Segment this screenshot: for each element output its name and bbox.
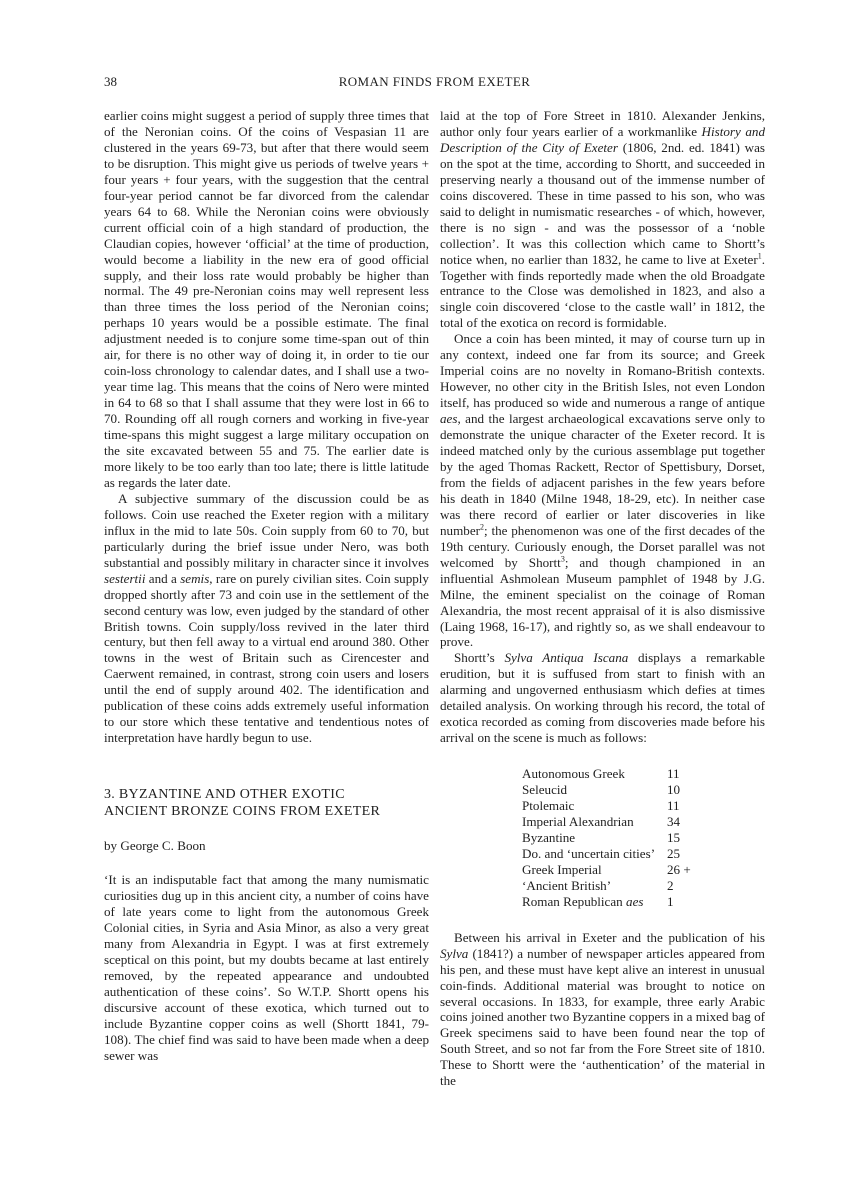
section-heading: 3. BYZANTINE AND OTHER EXOTICANCIENT BRO…	[104, 786, 429, 820]
coin-category: Seleucid	[522, 782, 667, 798]
coin-count: 34	[667, 814, 691, 830]
coin-category: Autonomous Greek	[522, 766, 667, 782]
coin-count-table: Autonomous Greek11 Seleucid10 Ptolemaic1…	[522, 766, 691, 910]
left-column: earlier coins might suggest a period of …	[104, 108, 429, 1064]
table-row: Ptolemaic11	[522, 798, 691, 814]
running-title: ROMAN FINDS FROM EXETER	[104, 74, 765, 90]
text-run: Roman Republican	[522, 894, 626, 909]
text-run: A subjective summary of the discussion c…	[104, 491, 429, 570]
coin-category: Roman Republican aes	[522, 894, 667, 910]
text-run: , rare on purely civilian sites. Coin su…	[104, 571, 429, 746]
book-title: Sylva Antiqua Iscana	[504, 650, 628, 665]
section-heading-line: ANCIENT BRONZE COINS FROM EXETER	[104, 804, 380, 819]
paragraph: A subjective summary of the discussion c…	[104, 491, 429, 746]
coin-count: 11	[667, 798, 691, 814]
coin-category: Ptolemaic	[522, 798, 667, 814]
italic-term: aes	[626, 894, 643, 909]
text-run: and a	[145, 571, 180, 586]
table-row: Seleucid10	[522, 782, 691, 798]
book-title: Sylva	[440, 946, 468, 961]
text-run: , and the largest archaeological excavat…	[440, 411, 765, 538]
paragraph: laid at the top of Fore Street in 1810. …	[440, 108, 765, 331]
coin-count: 11	[667, 766, 691, 782]
coin-count: 25	[667, 846, 691, 862]
coin-count: 15	[667, 830, 691, 846]
table-row: Do. and ‘uncertain cities’25	[522, 846, 691, 862]
paragraph: ‘It is an indisputable fact that among t…	[104, 872, 429, 1063]
coin-category: ‘Ancient British’	[522, 878, 667, 894]
paragraph: Shortt’s Sylva Antiqua Iscana displays a…	[440, 650, 765, 746]
coin-category: Imperial Alexandrian	[522, 814, 667, 830]
coin-count: 1	[667, 894, 691, 910]
table-row: Greek Imperial26 +	[522, 862, 691, 878]
paragraph: earlier coins might suggest a period of …	[104, 108, 429, 491]
text-run: (1841?) a number of newspaper articles a…	[440, 946, 765, 1089]
italic-term: semis	[180, 571, 209, 586]
text-run: Shortt’s	[454, 650, 504, 665]
table-row: Autonomous Greek11	[522, 766, 691, 782]
text-run: (1806, 2nd. ed. 1841) was on the spot at…	[440, 140, 765, 267]
paragraph: Between his arrival in Exeter and the pu…	[440, 930, 765, 1090]
italic-term: sestertii	[104, 571, 145, 586]
text-run: Once a coin has been minted, it may of c…	[440, 331, 765, 410]
text-run: Between his arrival in Exeter and the pu…	[454, 930, 765, 945]
coin-category: Greek Imperial	[522, 862, 667, 878]
coin-count: 26 +	[667, 862, 691, 878]
table-row: Byzantine15	[522, 830, 691, 846]
section-heading-line: 3. BYZANTINE AND OTHER EXOTIC	[104, 787, 345, 802]
right-column: laid at the top of Fore Street in 1810. …	[440, 108, 765, 1089]
coin-category: Do. and ‘uncertain cities’	[522, 846, 667, 862]
table-row: Imperial Alexandrian34	[522, 814, 691, 830]
coin-count: 10	[667, 782, 691, 798]
table-row: Roman Republican aes1	[522, 894, 691, 910]
coin-count: 2	[667, 878, 691, 894]
coin-category: Byzantine	[522, 830, 667, 846]
byline: by George C. Boon	[104, 838, 429, 854]
italic-term: aes	[440, 411, 457, 426]
table-row: ‘Ancient British’2	[522, 878, 691, 894]
paragraph: Once a coin has been minted, it may of c…	[440, 331, 765, 650]
running-head: 38 ROMAN FINDS FROM EXETER	[104, 74, 765, 94]
